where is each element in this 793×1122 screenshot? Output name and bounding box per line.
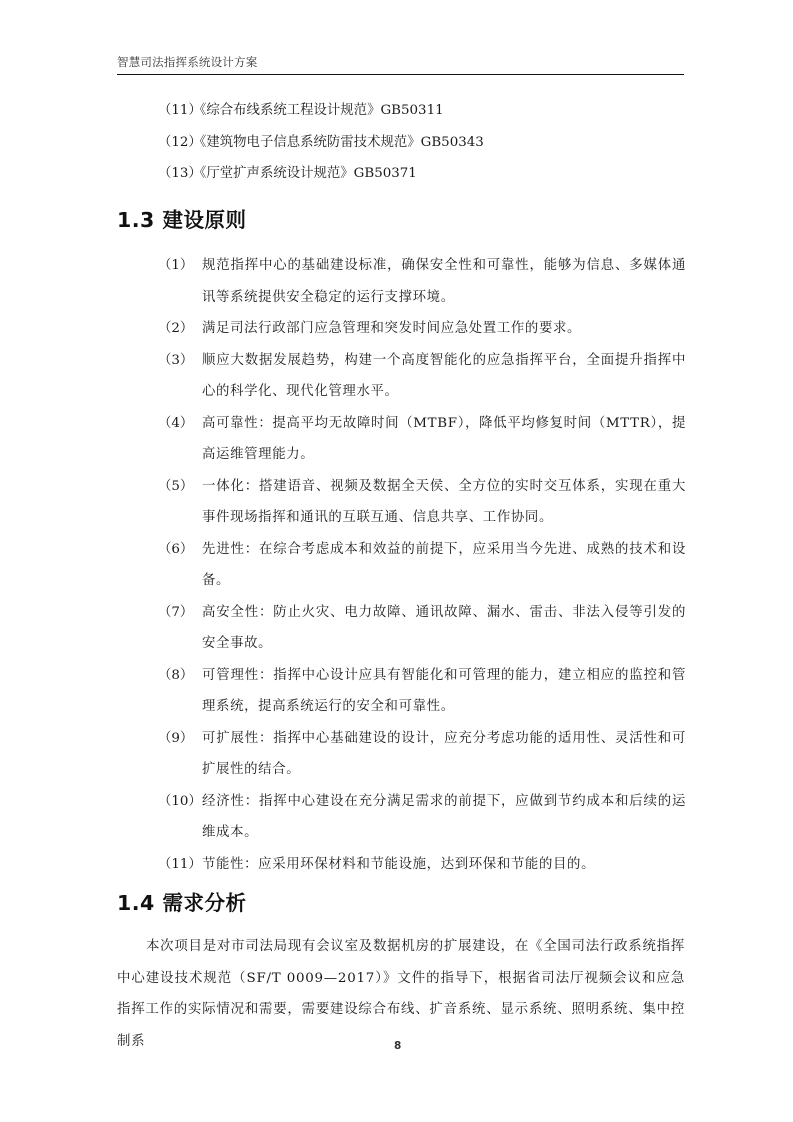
principle-text: 一体化：搭建语音、视频及数据全天侯、全方位的实时交互体系，实现在重大事件现场指挥…: [202, 471, 686, 534]
principle-item: （3） 顺应大数据发展趋势，构建一个高度智能化的应急指挥平台，全面提升指挥中心的…: [158, 345, 688, 408]
reference-text: 《综合布线系统工程设计规范》GB50311: [193, 103, 444, 118]
principle-number: （7）: [158, 597, 193, 629]
principle-item: （6） 先进性：在综合考虑成本和效益的前提下，应采用当今先进、成熟的技术和设备。: [158, 534, 688, 597]
page-number: 8: [394, 1040, 401, 1052]
principle-text: 先进性：在综合考虑成本和效益的前提下，应采用当今先进、成熟的技术和设备。: [202, 534, 686, 597]
principle-item: （1） 规范指挥中心的基础建设标准，确保安全性和可靠性，能够为信息、多媒体通讯等…: [158, 250, 688, 313]
principle-text: 顺应大数据发展趋势，构建一个高度智能化的应急指挥平台，全面提升指挥中心的科学化、…: [202, 345, 686, 408]
reference-item: （11）《综合布线系统工程设计规范》GB50311: [158, 100, 688, 132]
reference-text: 《建筑物电子信息系统防雷技术规范》GB50343: [193, 135, 484, 150]
reference-list: （11）《综合布线系统工程设计规范》GB50311 （12）《建筑物电子信息系统…: [158, 100, 688, 195]
principle-text: 经济性：指挥中心建设在充分满足需求的前提下，应做到节约成本和后续的运维成本。: [202, 786, 686, 849]
requirements-paragraph: 本次项目是对市司法局现有会议室及数据机房的扩展建设，在《全国司法行政系统指挥中心…: [117, 931, 685, 1057]
principle-item: （5） 一体化：搭建语音、视频及数据全天侯、全方位的实时交互体系，实现在重大事件…: [158, 471, 688, 534]
principle-text: 高安全性：防止火灾、电力故障、通讯故障、漏水、雷击、非法入侵等引发的安全事故。: [202, 597, 686, 660]
principle-number: （10）: [158, 786, 202, 818]
reference-number: （11）: [158, 100, 193, 122]
principle-number: （5）: [158, 471, 193, 503]
principle-number: （11）: [158, 849, 202, 881]
reference-number: （12）: [158, 132, 193, 154]
document-title: 智慧司法指挥系统设计方案: [117, 54, 257, 70]
principles-list: （1） 规范指挥中心的基础建设标准，确保安全性和可靠性，能够为信息、多媒体通讯等…: [158, 250, 688, 880]
principle-item: （4） 高可靠性：提高平均无故障时间（MTBF），降低平均修复时间（MTTR），…: [158, 408, 688, 471]
principle-item: （10） 经济性：指挥中心建设在充分满足需求的前提下，应做到节约成本和后续的运维…: [158, 786, 688, 849]
principle-item: （2） 满足司法行政部门应急管理和突发时间应急处置工作的要求。: [158, 313, 688, 345]
principle-number: （8）: [158, 660, 193, 692]
principle-text: 节能性：应采用环保材料和节能设施，达到环保和节能的目的。: [202, 849, 686, 881]
section-heading-1-4: 1.4 需求分析: [117, 886, 246, 916]
reference-item: （12）《建筑物电子信息系统防雷技术规范》GB50343: [158, 132, 688, 164]
principle-item: （9） 可扩展性：指挥中心基础建设的设计，应充分考虑功能的适用性、灵活性和可扩展…: [158, 723, 688, 786]
principle-text: 满足司法行政部门应急管理和突发时间应急处置工作的要求。: [202, 313, 686, 345]
principle-number: （6）: [158, 534, 193, 566]
principle-item: （11） 节能性：应采用环保材料和节能设施，达到环保和节能的目的。: [158, 849, 688, 881]
page-header: 智慧司法指挥系统设计方案: [117, 52, 684, 75]
reference-text: 《厅堂扩声系统设计规范》GB50371: [193, 166, 417, 181]
principle-item: （7） 高安全性：防止火灾、电力故障、通讯故障、漏水、雷击、非法入侵等引发的安全…: [158, 597, 688, 660]
principle-text: 可管理性：指挥中心设计应具有智能化和可管理的能力，建立相应的监控和管理系统，提高…: [202, 660, 686, 723]
section-heading-1-3: 1.3 建设原则: [117, 203, 246, 233]
principle-item: （8） 可管理性：指挥中心设计应具有智能化和可管理的能力，建立相应的监控和管理系…: [158, 660, 688, 723]
reference-number: （13）: [158, 163, 193, 185]
reference-item: （13）《厅堂扩声系统设计规范》GB50371: [158, 163, 688, 195]
principle-text: 高可靠性：提高平均无故障时间（MTBF），降低平均修复时间（MTTR），提高运维…: [202, 408, 686, 471]
principle-text: 可扩展性：指挥中心基础建设的设计，应充分考虑功能的适用性、灵活性和可扩展性的结合…: [202, 723, 686, 786]
principle-number: （3）: [158, 345, 193, 377]
principle-number: （9）: [158, 723, 193, 755]
principle-text: 规范指挥中心的基础建设标准，确保安全性和可靠性，能够为信息、多媒体通讯等系统提供…: [202, 250, 686, 313]
principle-number: （2）: [158, 313, 193, 345]
principle-number: （1）: [158, 250, 193, 282]
principle-number: （4）: [158, 408, 193, 440]
